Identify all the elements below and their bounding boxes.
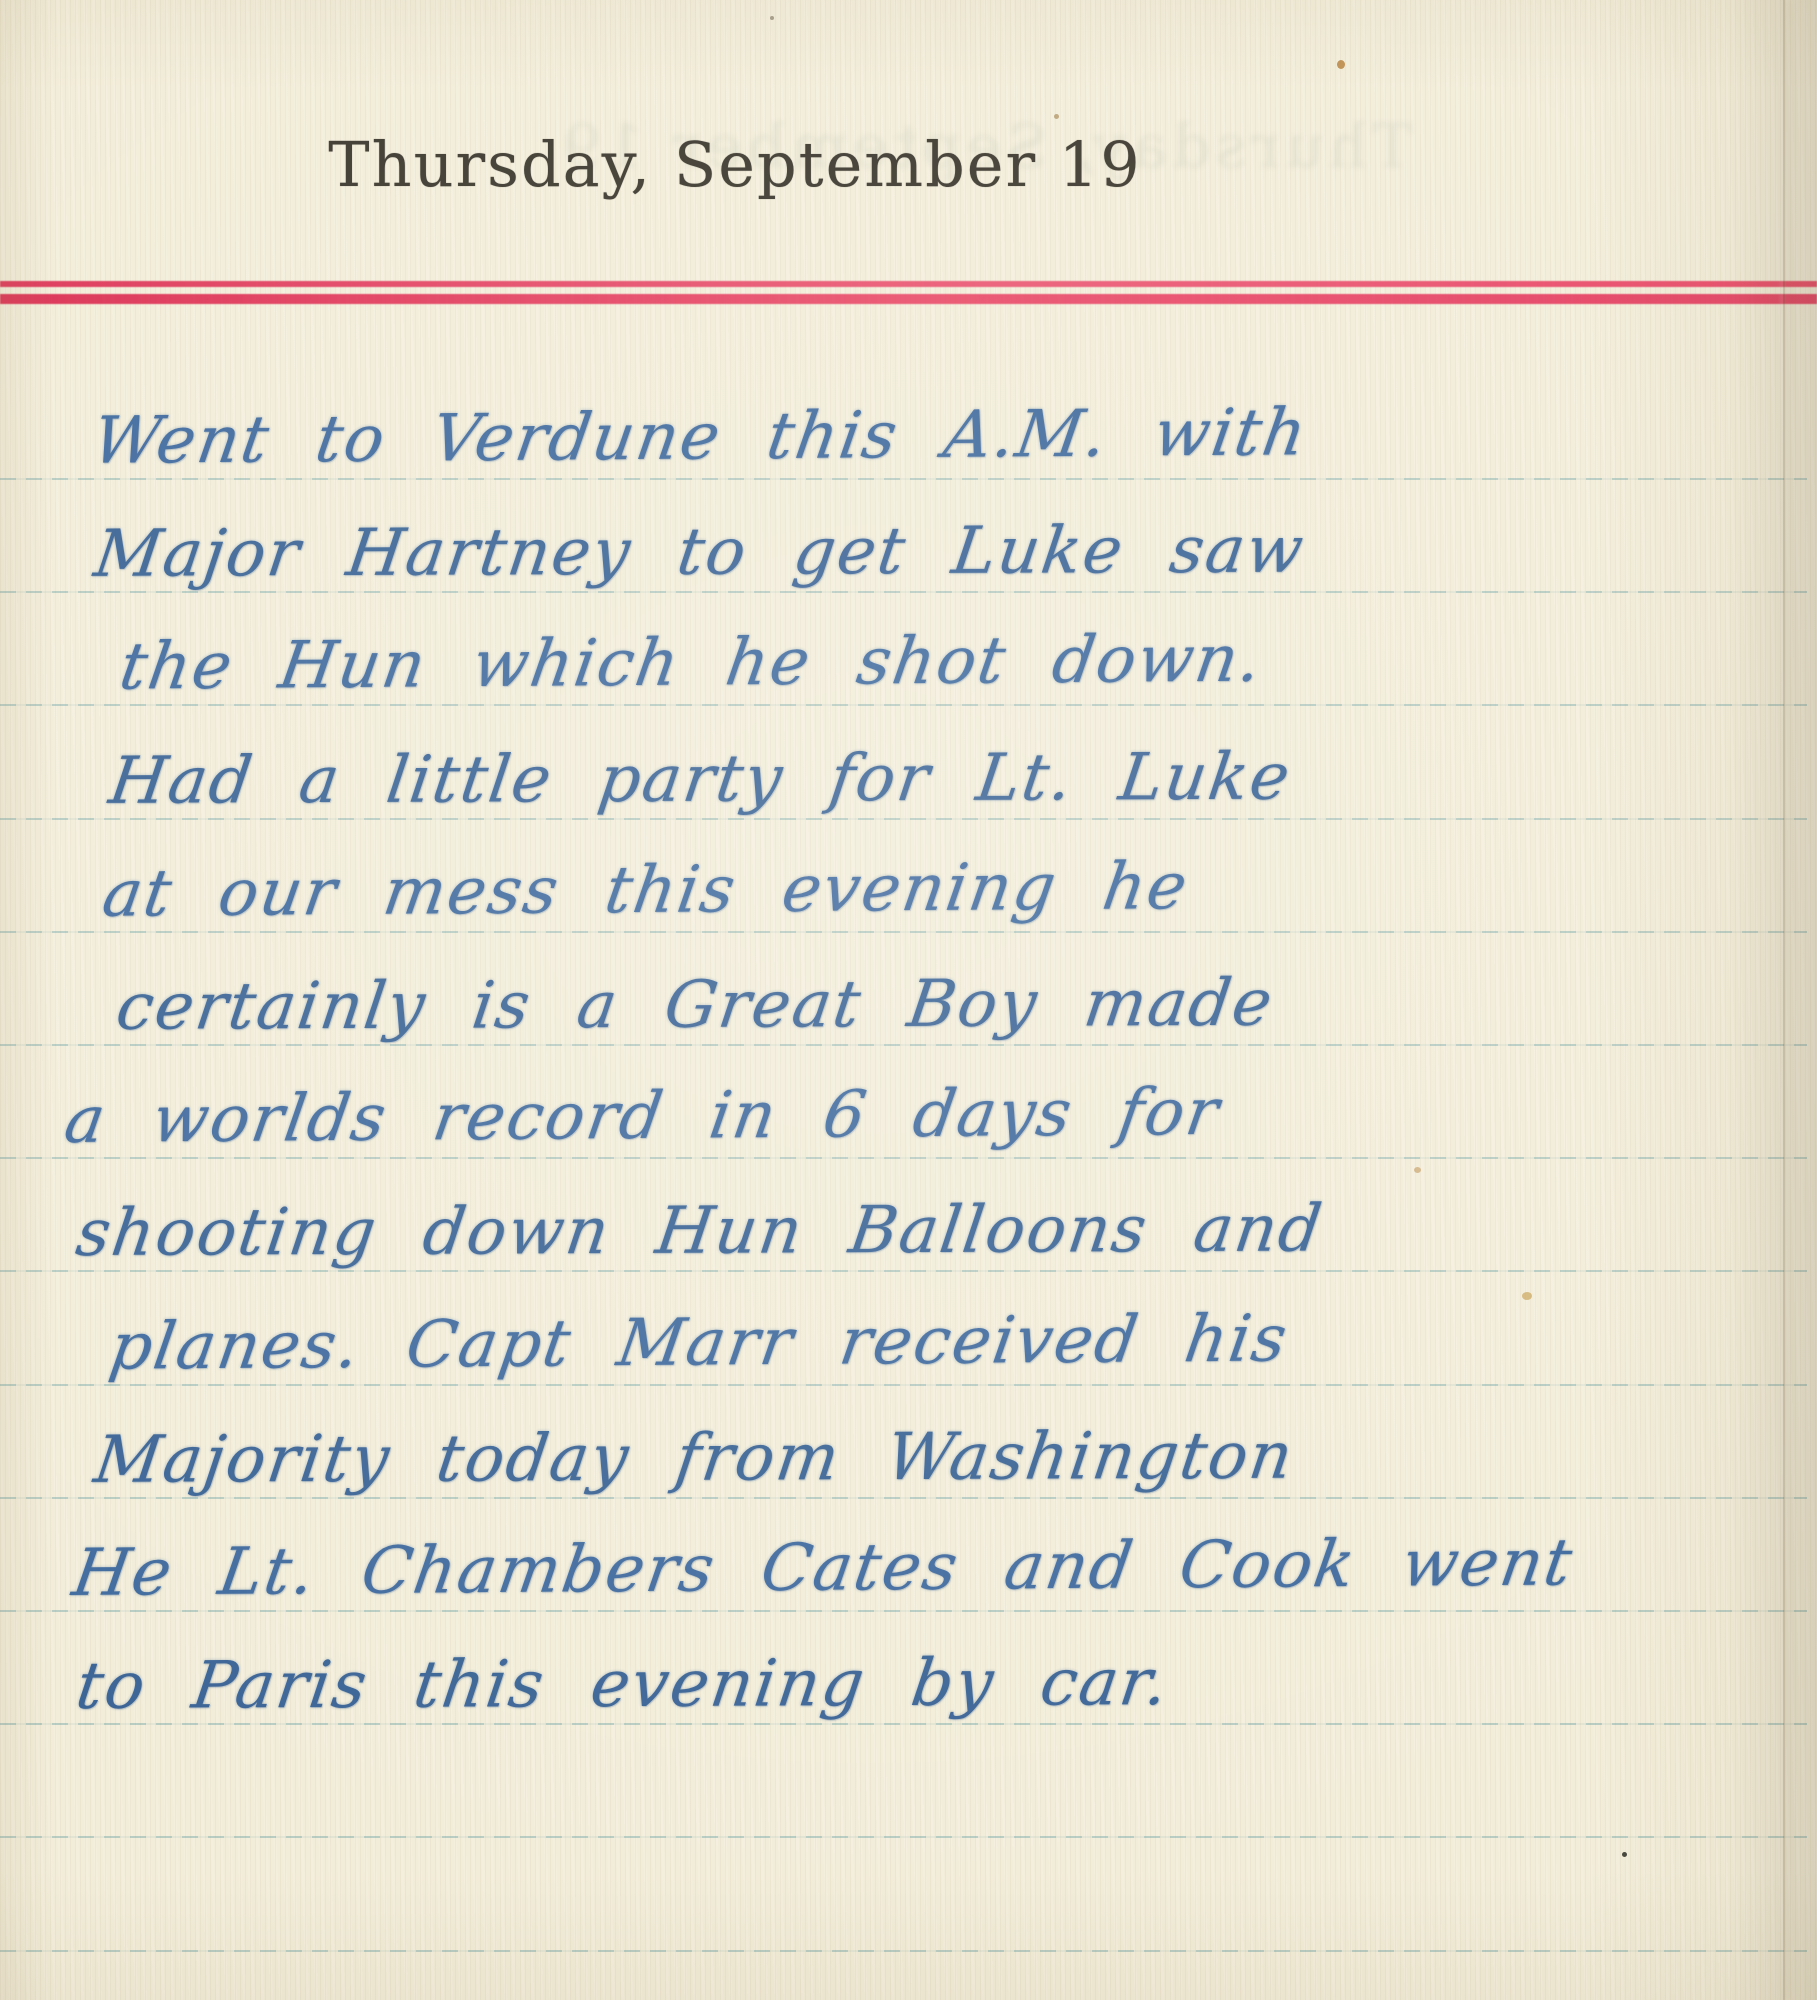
ruled-line (0, 1950, 1807, 1952)
red-rule-bottom-line (0, 294, 1817, 304)
page-crease (1783, 0, 1785, 2000)
handwriting-line: the Hun which he shot down. (60, 579, 1789, 704)
handwriting-line: Went to Verdune this A.M. with (60, 353, 1789, 478)
red-rule-top-line (0, 281, 1817, 287)
handwriting-line: a worlds record in 6 days for (60, 1032, 1789, 1157)
handwriting-line: certainly is a Great Boy made (60, 925, 1786, 1044)
handwriting-line: at our mess this evening he (60, 806, 1789, 931)
diary-page-scan: Thursday, September 19 Thursday, Septemb… (0, 0, 1817, 2000)
handwriting-line: planes. Capt Marr received his (60, 1259, 1789, 1384)
paper-speck (1337, 60, 1345, 69)
handwriting-line: Major Hartney to get Luke saw (60, 472, 1786, 591)
handwriting-line: shooting down Hun Balloons and (60, 1151, 1786, 1270)
handwritten-entry: Went to Verdune this A.M. with Major Har… (60, 365, 1770, 1885)
paper-speck (770, 16, 774, 20)
handwriting-line: to Paris this evening by car. (60, 1604, 1786, 1723)
handwriting-line: Majority today from Washington (60, 1378, 1786, 1497)
handwriting-line: Had a little party for Lt. Luke (60, 699, 1786, 818)
red-double-rule (0, 281, 1817, 304)
handwriting-line: He Lt. Chambers Cates and Cook went (60, 1485, 1789, 1610)
printed-date-heading: Thursday, September 19 (0, 128, 1470, 201)
